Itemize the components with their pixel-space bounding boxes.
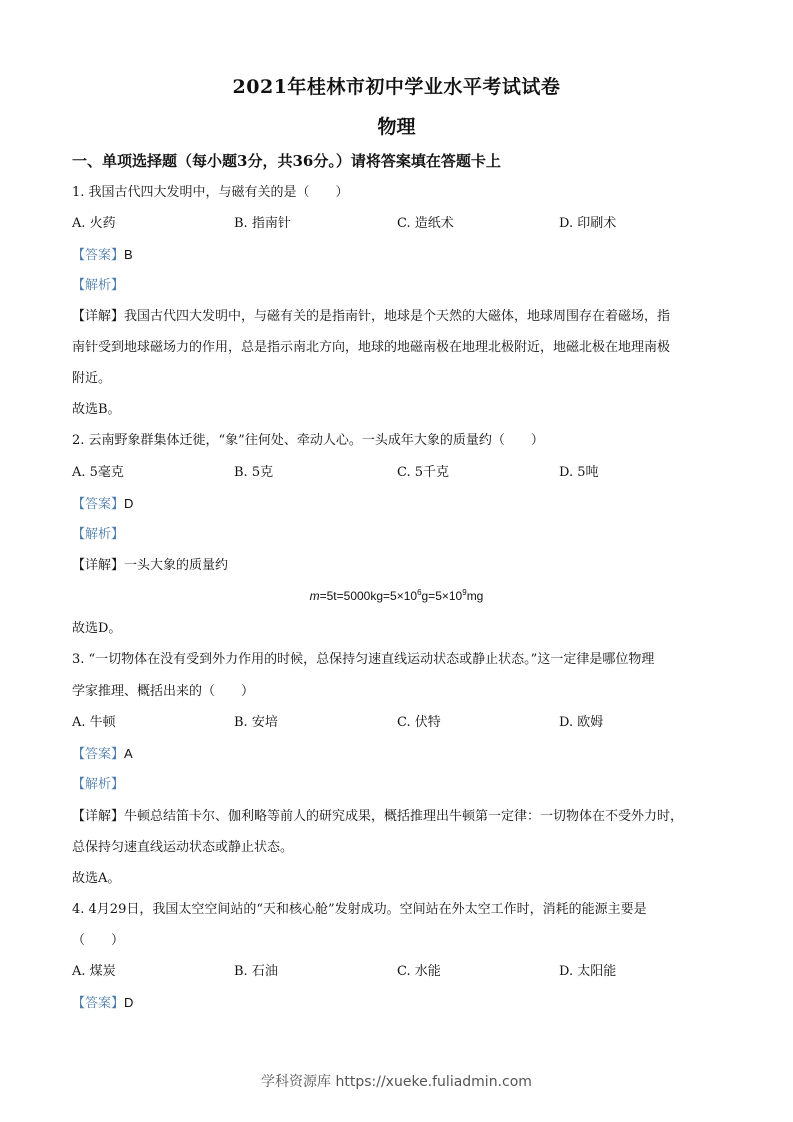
answer-row: 【答案】D — [72, 994, 133, 1013]
question-stem: 3. “一切物体在没有受到外力作用的时候，总保持匀速直线运动状态或静止状态。”这… — [72, 651, 654, 669]
detail-label: 【详解】 — [72, 309, 124, 324]
option-b: B. 5克 — [234, 464, 273, 482]
question-stem: 2. 云南野象群集体迁徙，“象”往何处、牵动人心。一头成年大象的质量约（ ） — [72, 432, 544, 450]
detail-text: 牛顿总结笛卡尔、伽利略等前人的研究成果，概括推理出牛顿第一定律：一切物体在不受外… — [124, 809, 683, 824]
formula-part: g=5×10 — [422, 589, 463, 603]
footer-site-name: 学科资源库 — [261, 1074, 331, 1090]
answer-value: D — [124, 496, 133, 511]
detail-line: 【详解】牛顿总结笛卡尔、伽利略等前人的研究成果，概括推理出牛顿第一定律：一切物体… — [72, 808, 683, 826]
option-c: C. 5千克 — [397, 464, 449, 482]
detail-line: 南针受到地球磁场力的作用，总是指示南北方向，地球的地磁南极在地理北极附近，地磁北… — [72, 339, 670, 357]
formula-part: =5t=5000kg=5×10 — [320, 589, 417, 603]
detail-line: 附近。 — [72, 370, 111, 388]
option-d: D. 5吨 — [559, 464, 599, 482]
option-a: A. 煤炭 — [72, 963, 116, 981]
option-b: B. 指南针 — [234, 215, 291, 233]
detail-line: 总保持匀速直线运动状态或静止状态。 — [72, 839, 293, 857]
option-b: B. 安培 — [234, 714, 278, 732]
answer-value: A — [124, 746, 133, 761]
mass-formula: m=5t=5000kg=5×106g=5×109mg — [0, 588, 793, 603]
footer-watermark: 学科资源库 https://xueke.fuliadmin.com — [0, 1071, 793, 1091]
option-a: A. 牛顿 — [72, 714, 116, 732]
option-a: A. 火药 — [72, 215, 116, 233]
detail-text: 一头大象的质量约 — [124, 558, 228, 573]
answer-row: 【答案】B — [72, 246, 133, 265]
detail-label: 【详解】 — [72, 809, 124, 824]
formula-var: m — [310, 589, 320, 603]
option-c: C. 水能 — [397, 963, 441, 981]
analysis-label: 【解析】 — [72, 277, 124, 295]
detail-label: 【详解】 — [72, 558, 124, 573]
option-d: D. 太阳能 — [559, 963, 616, 981]
answer-label: 【答案】 — [72, 248, 124, 263]
page-subject: 物理 — [0, 112, 793, 139]
question-stem: 1. 我国古代四大发明中，与磁有关的是（ ） — [72, 184, 349, 202]
option-a: A. 5毫克 — [72, 464, 124, 482]
detail-line: 【详解】一头大象的质量约 — [72, 557, 228, 575]
detail-text: 我国古代四大发明中，与磁有关的是指南针，地球是个天然的大磁体，地球周围存在着磁场… — [124, 309, 670, 324]
section-heading: 一、单项选择题（每小题3分，共36分。）请将答案填在答题卡上 — [72, 150, 501, 171]
answer-value: B — [124, 247, 133, 262]
conclusion: 故选A。 — [72, 870, 120, 888]
option-d: D. 印刷术 — [559, 215, 616, 233]
answer-row: 【答案】A — [72, 745, 133, 764]
option-c: C. 造纸术 — [397, 215, 454, 233]
detail-line: 【详解】我国古代四大发明中，与磁有关的是指南针，地球是个天然的大磁体，地球周围存… — [72, 308, 670, 326]
answer-value: D — [124, 995, 133, 1010]
page-title: 2021年桂林市初中学业水平考试试卷 — [0, 72, 793, 99]
option-b: B. 石油 — [234, 963, 278, 981]
option-c: C. 伏特 — [397, 714, 441, 732]
answer-row: 【答案】D — [72, 495, 133, 514]
answer-label: 【答案】 — [72, 497, 124, 512]
footer-link[interactable]: https://xueke.fuliadmin.com — [336, 1074, 532, 1090]
answer-label: 【答案】 — [72, 996, 124, 1011]
question-stem: （ ） — [72, 932, 124, 950]
conclusion: 故选D。 — [72, 620, 121, 638]
answer-label: 【答案】 — [72, 747, 124, 762]
analysis-label: 【解析】 — [72, 526, 124, 544]
analysis-label: 【解析】 — [72, 776, 124, 794]
formula-part: mg — [467, 589, 484, 603]
option-d: D. 欧姆 — [559, 714, 603, 732]
question-stem: 学家推理、概括出来的（ ） — [72, 683, 254, 701]
conclusion: 故选B。 — [72, 401, 121, 419]
question-stem: 4. 4月29日，我国太空空间站的“天和核心舱”发射成功。空间站在外太空工作时，… — [72, 901, 647, 919]
